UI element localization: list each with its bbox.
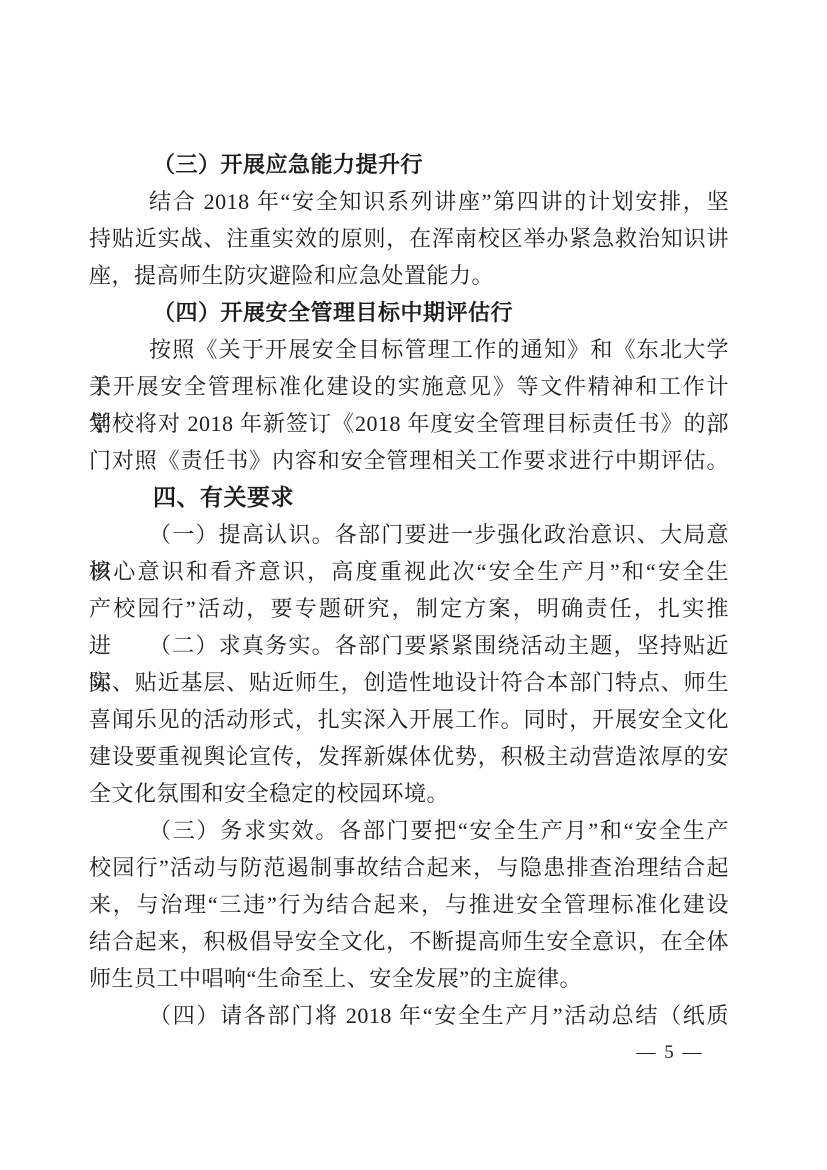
body-line: 核心意识和看齐意识，高度重视此次“安全生产月”和“安全生 <box>89 553 729 590</box>
body-line: 来，与治理“三违”行为结合起来，与推进安全管理标准化建设 <box>89 886 729 923</box>
body-line: （一）提高认识。各部门要进一步强化政治意识、大局意识、 <box>89 516 729 553</box>
body-line: （二）求真务实。各部门要紧紧围绕活动主题，坚持贴近实 <box>89 627 729 664</box>
subsection-heading: （四）开展安全管理目标中期评估行 <box>89 294 729 331</box>
document-page: （三）开展应急能力提升行 结合 2018 年“安全知识系列讲座”第四讲的计划安排… <box>0 0 827 1170</box>
body-line: 喜闻乐见的活动形式，扎实深入开展工作。同时，开展安全文化 <box>89 701 729 738</box>
body-line: 校园行”活动与防范遏制事故结合起来，与隐患排查治理结合起 <box>89 849 729 886</box>
section-heading: 四、有关要求 <box>89 479 729 516</box>
body-line: 产校园行”活动，要专题研究，制定方案，明确责任，扎实推进。 <box>89 590 729 627</box>
body-line: 持贴近实战、注重实效的原则，在浑南校区举办紧急救治知识讲 <box>89 220 729 257</box>
body-line: 按照《关于开展安全目标管理工作的通知》和《东北大学关 <box>89 331 729 368</box>
body-line: 全文化氛围和安全稳定的校园环境。 <box>89 775 729 812</box>
body-line: 座，提高师生防灾避险和应急处置能力。 <box>89 257 729 294</box>
body-line: 结合 2018 年“安全知识系列讲座”第四讲的计划安排，坚 <box>89 183 729 220</box>
body-line: 结合起来，积极倡导安全文化，不断提高师生安全意识，在全体 <box>89 923 729 960</box>
body-line: 师生员工中唱响“生命至上、安全发展”的主旋律。 <box>89 960 729 997</box>
body-line: 际、贴近基层、贴近师生，创造性地设计符合本部门特点、师生 <box>89 664 729 701</box>
body-line: （四）请各部门将 2018 年“安全生产月”活动总结（纸质 <box>89 997 729 1034</box>
subsection-heading: （三）开展应急能力提升行 <box>89 146 729 183</box>
body-line: 门对照《责任书》内容和安全管理相关工作要求进行中期评估。 <box>89 442 729 479</box>
page-number: — 5 — <box>630 1042 710 1064</box>
body-line: 学校将对 2018 年新签订《2018 年度安全管理目标责任书》的部 <box>89 405 729 442</box>
body-line: 于开展安全管理标准化建设的实施意见》等文件精神和工作计划， <box>89 368 729 405</box>
document-body: （三）开展应急能力提升行 结合 2018 年“安全知识系列讲座”第四讲的计划安排… <box>89 146 729 1034</box>
body-line: 建设要重视舆论宣传，发挥新媒体优势，积极主动营造浓厚的安 <box>89 738 729 775</box>
body-line: （三）务求实效。各部门要把“安全生产月”和“安全生产 <box>89 812 729 849</box>
